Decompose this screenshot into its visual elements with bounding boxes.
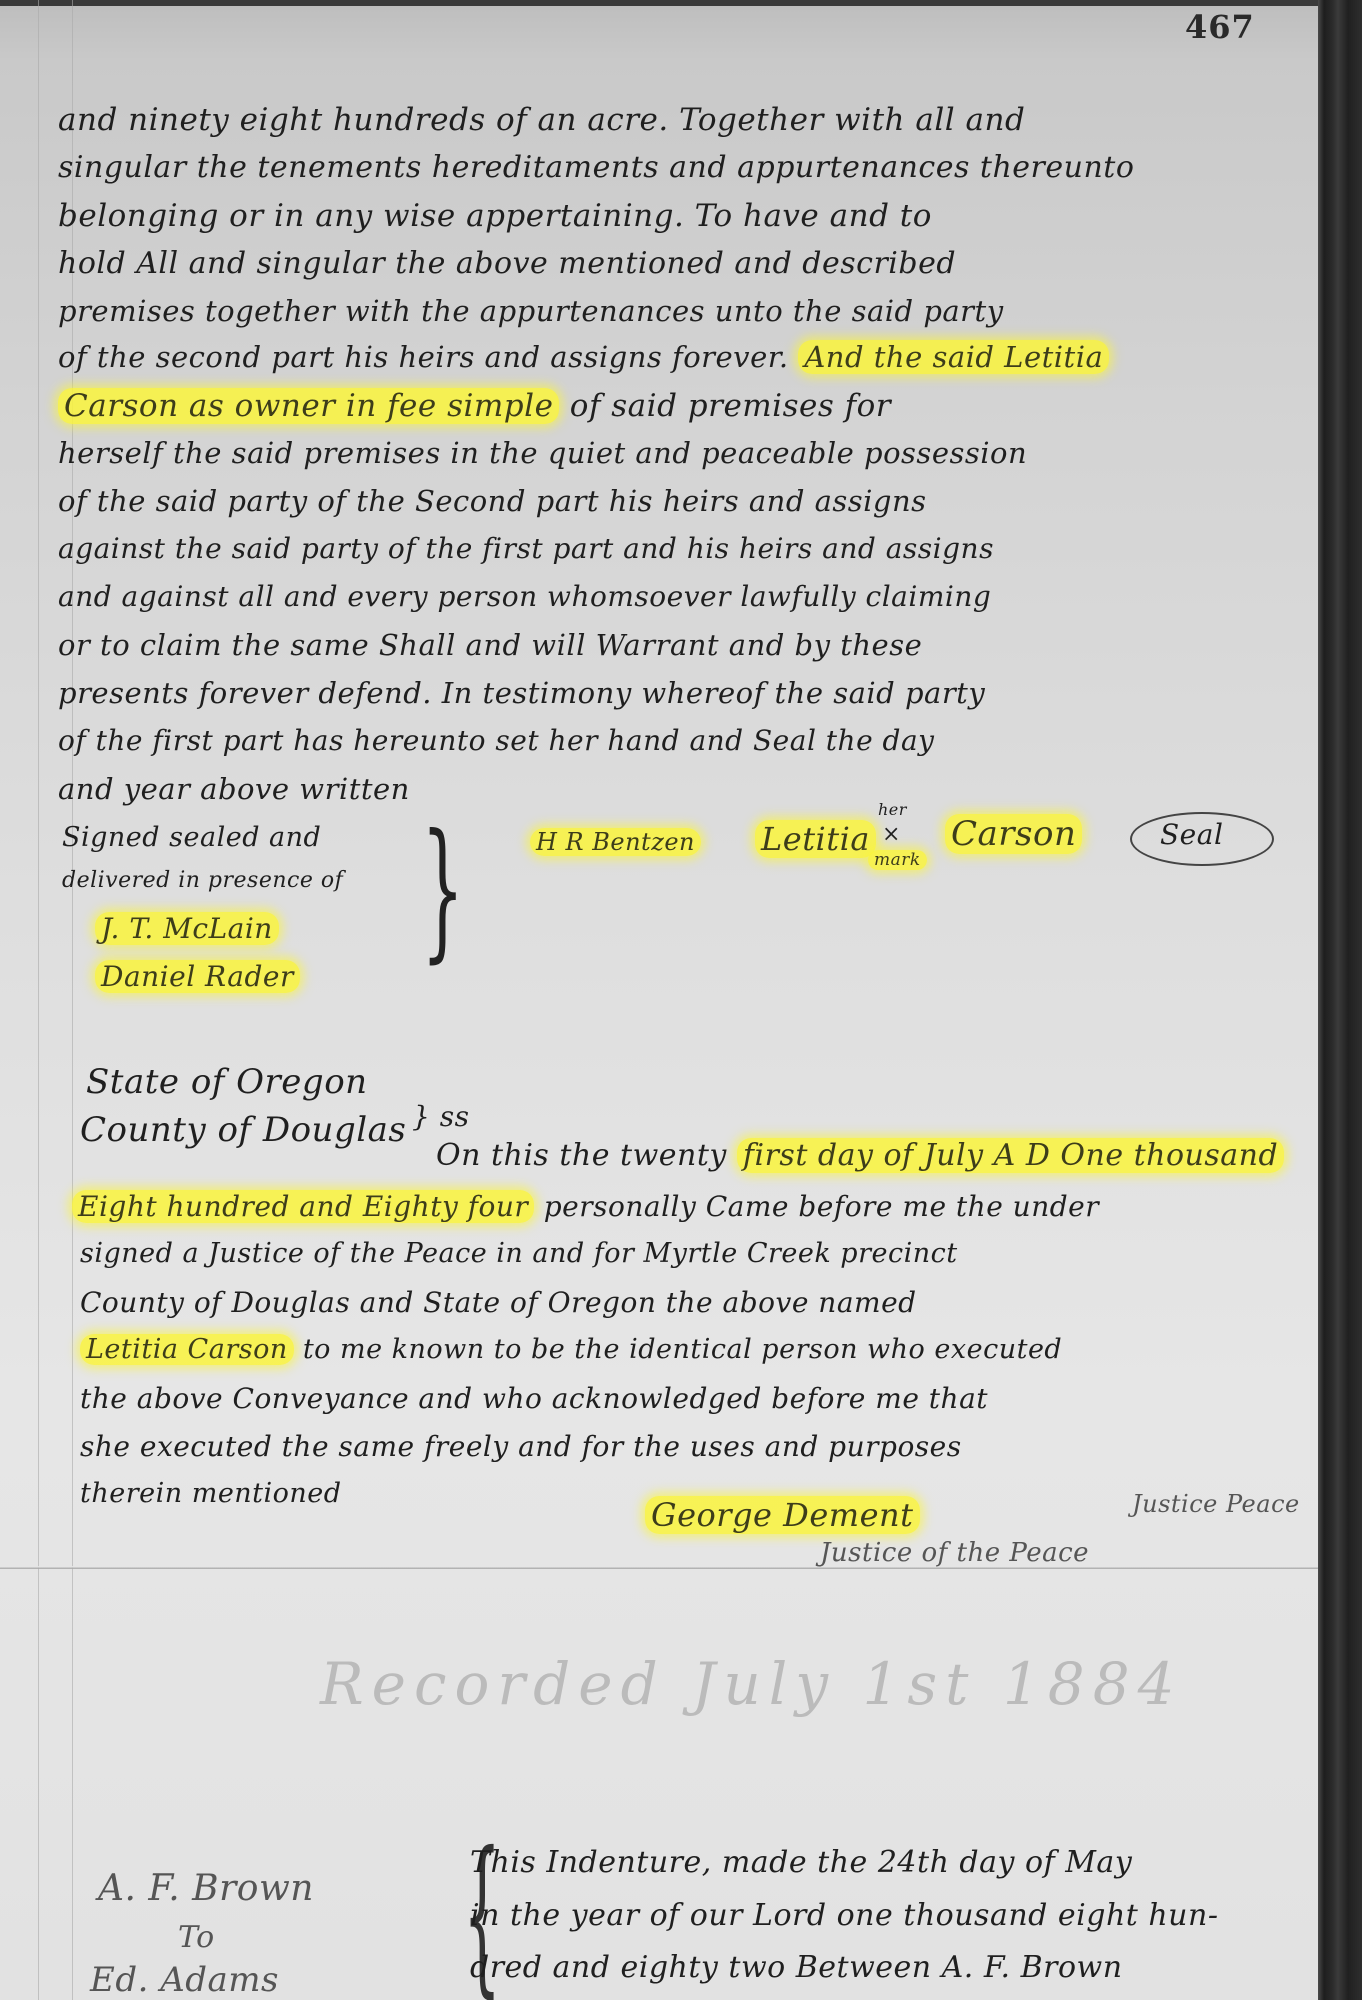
venue-state: State of Oregon (86, 1062, 368, 1102)
highlighted-text: And the said Letitia (798, 340, 1109, 374)
deed-line: and ninety eight hundreds of an acre. To… (58, 102, 1025, 138)
mark-label: mark (868, 850, 927, 870)
ack-line: therein mentioned (80, 1478, 342, 1509)
next-deed-to: To (178, 1920, 215, 1955)
dement-signature: George Dement (645, 1496, 920, 1534)
next-deed-line: dred and eighty two Between A. F. Brown (470, 1950, 1123, 1985)
witness-name: Daniel Rader (95, 960, 300, 993)
witness-2-signature: Daniel Rader (95, 960, 300, 993)
delivered-presence-label: delivered in presence of (62, 868, 343, 893)
letitia-signature: Letitia (755, 820, 876, 858)
witness-signature: H R Bentzen (530, 828, 701, 856)
deed-line: premises together with the appurtenances… (58, 294, 1004, 328)
deed-line: of the second part his heirs and assigns… (58, 340, 1109, 374)
justice-title-short: Justice Peace (1132, 1490, 1300, 1518)
highlighted-date: first day of July A D One thousand (737, 1138, 1284, 1173)
next-deed-grantee: Ed. Adams (90, 1960, 279, 2000)
justice-signature: George Dement (645, 1496, 920, 1534)
x-mark: × (882, 822, 901, 847)
ack-line: she executed the same freely and for the… (80, 1430, 962, 1463)
ack-line: Eight hundred and Eighty four personally… (72, 1190, 1099, 1223)
signed-sealed-label: Signed sealed and (62, 822, 321, 853)
next-deed-line: This Indenture, made the 24th day of May (470, 1845, 1132, 1880)
deed-line: herself the said premises in the quiet a… (58, 436, 1027, 470)
ledger-page: 467 and ninety eight hundreds of an acre… (0, 0, 1320, 2000)
deed-line-text: of the second part his heirs and assigns… (58, 340, 789, 374)
ack-text: On this the twenty (436, 1138, 727, 1173)
deed-line: against the said party of the first part… (58, 532, 994, 565)
ack-line: the above Conveyance and who acknowledge… (80, 1382, 988, 1415)
deed-line: hold All and singular the above mentione… (58, 246, 956, 281)
left-margin-rule (38, 0, 39, 2000)
venue-ss: } ss (412, 1100, 469, 1133)
book-binding-edge (1318, 0, 1362, 2000)
highlighted-text: Carson as owner in fee simple (58, 388, 559, 424)
next-deed-grantor: A. F. Brown (98, 1868, 314, 1909)
witness-1-signature: J. T. McLain (95, 912, 279, 945)
deed-line: and against all and every person whomsoe… (58, 580, 991, 613)
deed-line-text: of said premises for (570, 388, 891, 424)
deed-line: presents forever defend. In testimony wh… (58, 676, 985, 710)
grantor-first-name: Letitia (755, 820, 876, 858)
ack-line: On this the twenty first day of July A D… (436, 1138, 1284, 1173)
mark-her: her (878, 800, 907, 819)
witness-brace: } (421, 815, 464, 965)
deed-line: of the first part has hereunto set her h… (58, 724, 935, 757)
carson-signature: Carson (945, 814, 1082, 854)
paper-fold-line (0, 1566, 1320, 1569)
venue-county: County of Douglas (80, 1110, 406, 1150)
recording-note: Recorded July 1st 1884 (320, 1650, 1183, 1718)
ack-line: signed a Justice of the Peace in and for… (80, 1238, 958, 1269)
deed-line: singular the tenements hereditaments and… (58, 150, 1134, 185)
deed-line: of the said party of the Second part his… (58, 484, 927, 518)
ack-line: County of Douglas and State of Oregon th… (80, 1286, 917, 1319)
ack-line: Letitia Carson to me known to be the ide… (80, 1334, 1062, 1365)
highlighted-name: Letitia Carson (80, 1334, 294, 1365)
page-number: 467 (1185, 8, 1255, 46)
deed-line: belonging or in any wise appertaining. T… (58, 198, 932, 234)
justice-title-full: Justice of the Peace (820, 1538, 1089, 1568)
ack-text: to me known to be the identical person w… (303, 1334, 1062, 1365)
bentzen-signature: H R Bentzen (530, 828, 701, 856)
ack-text: personally Came before me the under (544, 1190, 1099, 1223)
next-deed-line: in the year of our Lord one thousand eig… (470, 1898, 1218, 1933)
witness-name: J. T. McLain (95, 912, 279, 945)
page-top-edge (0, 0, 1320, 6)
seal-label: Seal (1160, 818, 1223, 851)
grantor-last-name: Carson (945, 814, 1082, 854)
deed-line: and year above written (58, 772, 410, 806)
deed-line: Carson as owner in fee simple of said pr… (58, 388, 891, 424)
mark-text: mark (868, 850, 927, 870)
highlighted-year: Eight hundred and Eighty four (72, 1190, 534, 1223)
deed-line: or to claim the same Shall and will Warr… (58, 628, 922, 662)
